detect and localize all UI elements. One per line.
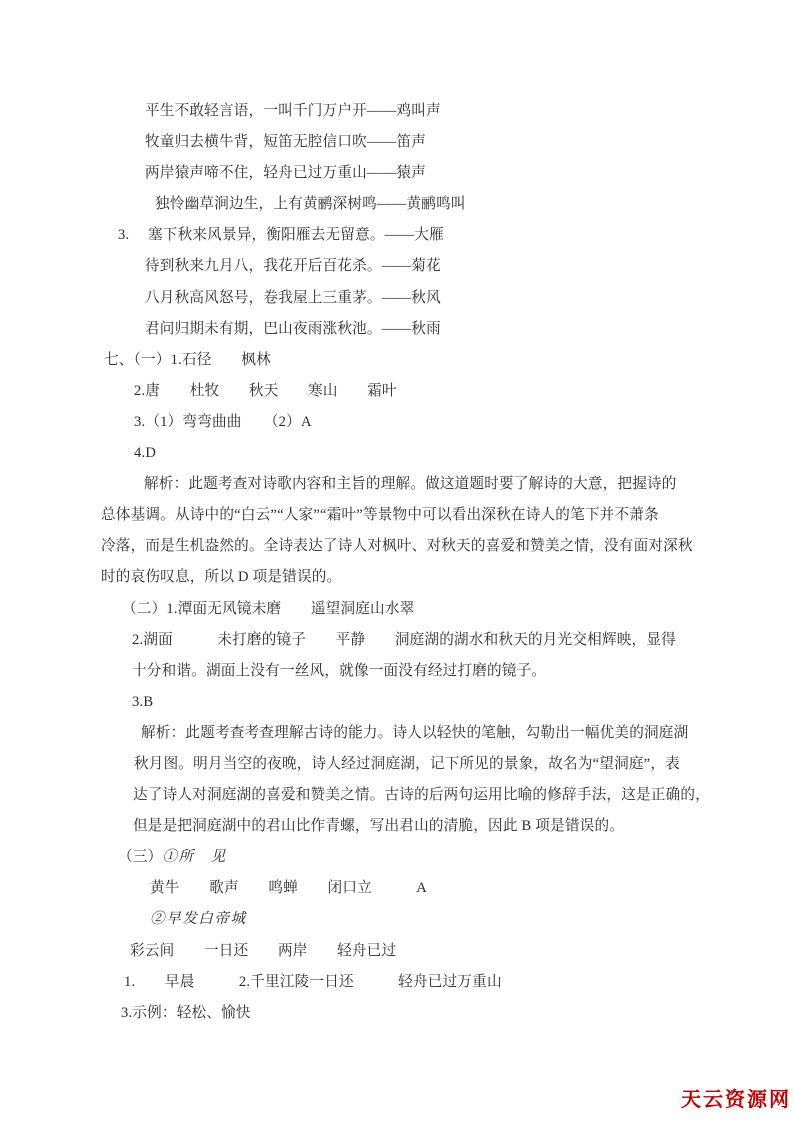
text-line: 平生不敢轻言语，一叫千门万户开——鸡叫声 — [0, 96, 793, 127]
text-line: （三）①所 见 — [0, 842, 793, 873]
text-line: 3.（1）弯弯曲曲 （2）A — [0, 407, 793, 438]
text-line: ②早发白帝城 — [0, 904, 793, 935]
text-line: 八月秋高风怒号，卷我屋上三重茅。——秋风 — [0, 283, 793, 314]
text-line: 七、（一）1.石径 枫林 — [0, 345, 793, 376]
text-line: 达了诗人对洞庭湖的喜爱和赞美之情。古诗的后两句运用比喻的修辞手法，这是正确的， — [0, 780, 793, 811]
text-line: 解析：此题考查考查理解古诗的能力。诗人以轻快的笔触，勾勒出一幅优美的洞庭湖 — [0, 718, 793, 749]
text-line: 彩云间 一日还 两岸 轻舟已过 — [0, 936, 793, 967]
text-line: （二）1.潭面无风镜未磨 遥望洞庭山水翠 — [0, 594, 793, 625]
text-line: 3. 塞下秋来风景异，衡阳雁去无留意。——大雁 — [0, 220, 793, 251]
document-body: 平生不敢轻言语，一叫千门万户开——鸡叫声牧童归去横牛背，短笛无腔信口吹——笛声两… — [0, 96, 793, 1029]
text-line: 2.湖面 未打磨的镜子 平静 洞庭湖的湖水和秋天的月光交相辉映，显得 — [0, 625, 793, 656]
text-line: 牧童归去横牛背，短笛无腔信口吹——笛声 — [0, 127, 793, 158]
text-line: 1. 早晨 2.千里江陵一日还 轻舟已过万重山 — [0, 967, 793, 998]
text-line: 3.B — [0, 687, 793, 718]
text-line: 黄牛 歌声 鸣蝉 闭口立 A — [0, 873, 793, 904]
text-line: 2.唐 杜牧 秋天 寒山 霜叶 — [0, 376, 793, 407]
text-line: 独怜幽草涧边生，上有黄鹂深树鸣——黄鹂鸣叫 — [0, 189, 793, 220]
text-line: 秋月图。明月当空的夜晚，诗人经过洞庭湖，记下所见的景象，故名为“望洞庭”，表 — [0, 749, 793, 780]
text-line: 君问归期未有期，巴山夜雨涨秋池。——秋雨 — [0, 314, 793, 345]
text-line: 冷落，而是生机盎然的。全诗表达了诗人对枫叶、对秋天的喜爱和赞美之情，没有面对深秋 — [0, 531, 793, 562]
text-line: 3.示例：轻松、愉快 — [0, 998, 793, 1029]
text-line: 两岸猿声啼不住，轻舟已过万重山——猿声 — [0, 158, 793, 189]
text-line: 4.D — [0, 438, 793, 469]
text-line: 待到秋来九月八，我花开后百花杀。——菊花 — [0, 251, 793, 282]
watermark-text: 天云资源网 — [681, 1083, 791, 1112]
text-segment: （三） — [118, 849, 162, 865]
text-segment: ①所 见 — [162, 849, 226, 865]
text-line: 解析：此题考查对诗歌内容和主旨的理解。做这道题时要了解诗的大意，把握诗的 — [0, 469, 793, 500]
text-line: 但是是把洞庭湖中的君山比作青螺，写出君山的清脆，因此 B 项是错误的。 — [0, 811, 793, 842]
text-line: 十分和谐。湖面上没有一丝风，就像一面没有经过打磨的镜子。 — [0, 656, 793, 687]
text-line: 时的哀伤叹息，所以 D 项是错误的。 — [0, 562, 793, 593]
document-page: 平生不敢轻言语，一叫千门万户开——鸡叫声牧童归去横牛背，短笛无腔信口吹——笛声两… — [0, 0, 793, 1122]
text-line: 总体基调。从诗中的“白云”“人家”“霜叶”等景物中可以看出深秋在诗人的笔下并不萧… — [0, 500, 793, 531]
